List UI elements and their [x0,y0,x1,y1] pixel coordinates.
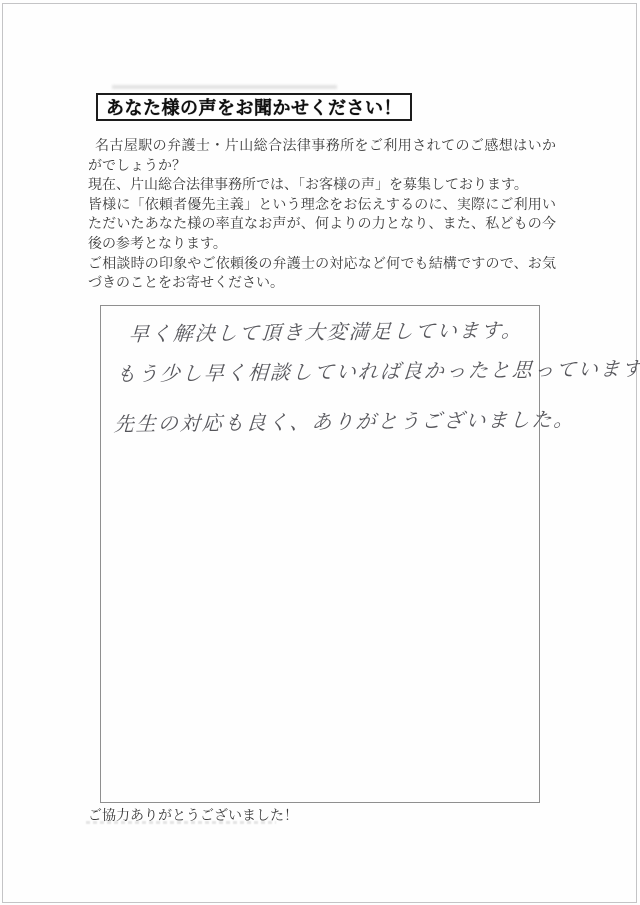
handwritten-line: 先生の対応も良く、ありがとうございました。 [113,403,576,437]
intro-paragraph: 現在、片山総合法律事務所では、「お客様の声」を募集しております。 [88,175,556,195]
page-title: あなた様の声をお聞かせください！ [106,94,402,120]
scan-artifact [112,85,337,89]
scanned-feedback-sheet: あなた様の声をお聞かせください！ 名古屋駅の弁護士・片山総合法律事務所をご利用さ… [0,0,640,905]
intro-text-block: 名古屋駅の弁護士・片山総合法律事務所をご利用されてのご感想はいかがでしょうか？ … [88,136,556,293]
handwritten-line: もう少し早く相談していれば良かったと思っています。 [115,352,640,387]
closing-note: ご協力ありがとうございました！ [88,805,298,825]
intro-paragraph: 名古屋駅の弁護士・片山総合法律事務所をご利用されてのご感想はいかがでしょうか？ [88,136,556,175]
intro-paragraph: ご相談時の印象やご依頼後の弁護士の対応など何でも結構ですので、お気づきのことをお… [88,254,556,293]
intro-paragraph: 皆様に「依頼者優先主義」という理念をお伝えするのに、実際にご利用いただいたあなた… [88,195,556,254]
handwritten-line: 早く解決して頂き大変満足しています。 [128,314,524,347]
headline-box: あなた様の声をお聞かせください！ [96,93,412,121]
handwritten-feedback-box: 早く解決して頂き大変満足しています。 もう少し早く相談していれば良かったと思って… [100,305,540,803]
